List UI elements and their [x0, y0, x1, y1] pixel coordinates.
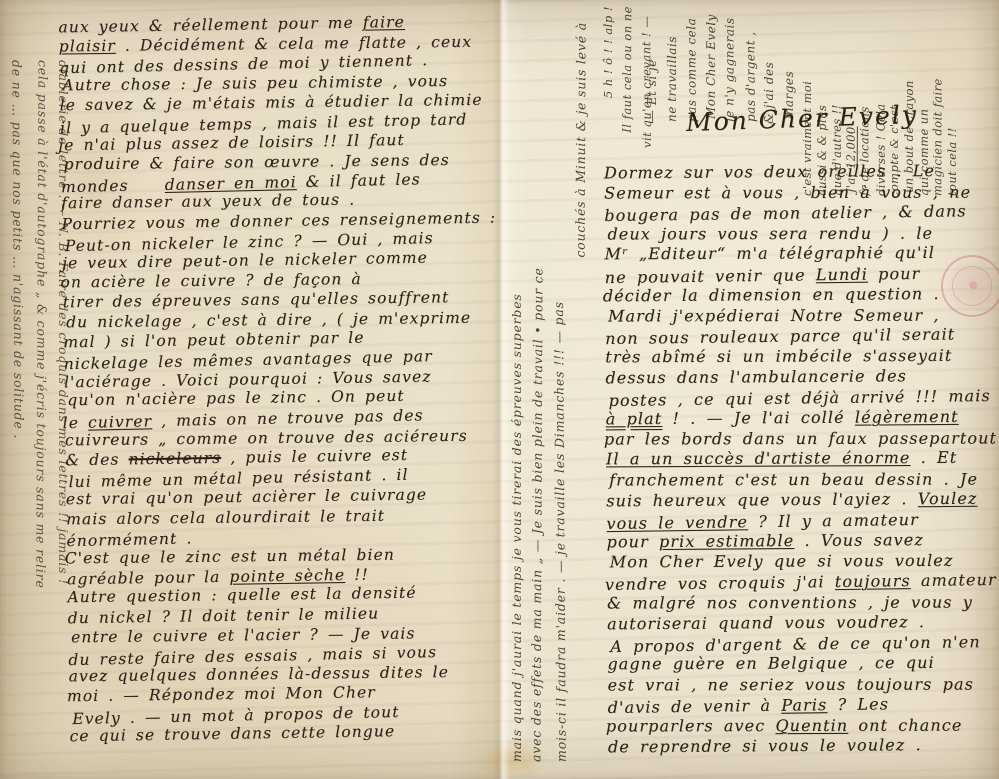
handwritten-line: que d'autres !!	[829, 8, 845, 196]
handwritten-line: dessus dans l'ambulancerie des	[605, 366, 997, 389]
handwritten-line: Mardi j'expédierai Notre Semeur ,	[608, 305, 997, 327]
handwritten-line: de ne … pas que nos petits … n'agissant …	[5, 60, 31, 768]
left-margin-notes: diablerie de lettre . — N. B. Faire des …	[8, 60, 74, 768]
handwritten-line: de reprendre si vous le voulez .	[608, 735, 999, 758]
handwritten-line: pas d'argent ,	[741, 6, 761, 122]
handwritten-line: suis heureux que vous l'ayiez . Voulez	[606, 489, 998, 512]
handwritten-line: ne travaillais	[662, 6, 682, 122]
handwritten-line: pourparlers avec Quentin ont chance	[606, 715, 999, 737]
handwritten-line: diablerie de lettre . — N. B. Faire des …	[52, 60, 74, 768]
handwritten-line: Il a un succès d'artiste énorme . Et	[606, 448, 998, 470]
handwritten-line: & malgré nos conventions , je vous y	[607, 592, 999, 614]
handwritten-line: Mʳ „Editeur“ m'a télégraphié qu'il	[605, 243, 997, 265]
handwritten-line: Il faut cela ou on ne	[618, 6, 638, 148]
handwritten-line: qui comme un	[916, 8, 932, 196]
handwritten-line: — Et si je	[643, 6, 663, 122]
handwritten-line: & j'ai des	[760, 6, 780, 124]
handwritten-line: J'ai 12,000	[843, 8, 858, 193]
handwritten-line: franchement c'est un beau dessin . Je	[609, 469, 998, 491]
right-page-text: Dormez sur vos deux oreilles . LeSemeur …	[604, 161, 999, 758]
handwritten-line: un bout de crayon	[901, 8, 916, 193]
handwritten-line: du nickelage , c'est à dire , ( je m'exp…	[66, 308, 493, 333]
handwritten-line: mais quand j'aurai le temps je vous tire…	[506, 22, 527, 762]
handwritten-line: est vrai , ne seriez vous toujours pas	[608, 674, 999, 696]
handwritten-line: diverses ! Cela	[872, 8, 888, 196]
gutter-margin-notes: mais quand j'aurai le temps je vous tire…	[506, 22, 590, 762]
handwritten-line: 5 h ! ô ! ! alp !	[599, 6, 618, 148]
handwritten-line: couchés à Minuit & je suis levé à	[567, 22, 591, 759]
handwritten-line: pas comme cela	[682, 6, 702, 122]
left-page-text: aux yeux & réellement pour me faireplais…	[58, 12, 499, 748]
handwritten-line: cela passe à l'état d'autographe „ & com…	[28, 60, 53, 768]
handwritten-line: par les bords dans un faux passepartout …	[604, 428, 998, 450]
handwritten-line: Mon Cher Evely	[701, 6, 721, 119]
top-margin-notes-c: c'est vraiment moiaussi & & plusque d'au…	[800, 8, 960, 196]
handwritten-line: marges	[779, 6, 799, 119]
handwritten-line: gagne guère en Belgique , ce qui	[607, 653, 999, 675]
top-margin-notes-b: — Et si jene travaillaispas comme celaMo…	[643, 6, 799, 122]
handwritten-line: aussi & & plus	[814, 8, 829, 196]
handwritten-line: je n'y gagnerais	[720, 6, 740, 122]
handwritten-line: tout cela !!	[945, 8, 960, 196]
letter-scan: aux yeux & réellement pour me faireplais…	[0, 0, 999, 779]
handwritten-line: compte & c'est	[887, 8, 902, 198]
handwritten-line: très abîmé si un imbécile s'asseyait	[605, 345, 997, 367]
handwritten-line: deux jours vous sera rendu ) . le	[607, 223, 996, 245]
handwritten-line: c'est vraiment moi	[800, 8, 815, 196]
handwritten-line: Mon Cher Evely que si vous voulez	[610, 550, 999, 572]
handwritten-line: postes , ce qui est déjà arrivé !!! mais	[608, 385, 997, 411]
handwritten-line: magicien doit faire	[930, 8, 945, 196]
handwritten-line: fr de locations	[857, 8, 872, 196]
handwritten-line: autoriserai quand vous voudrez .	[607, 612, 999, 635]
